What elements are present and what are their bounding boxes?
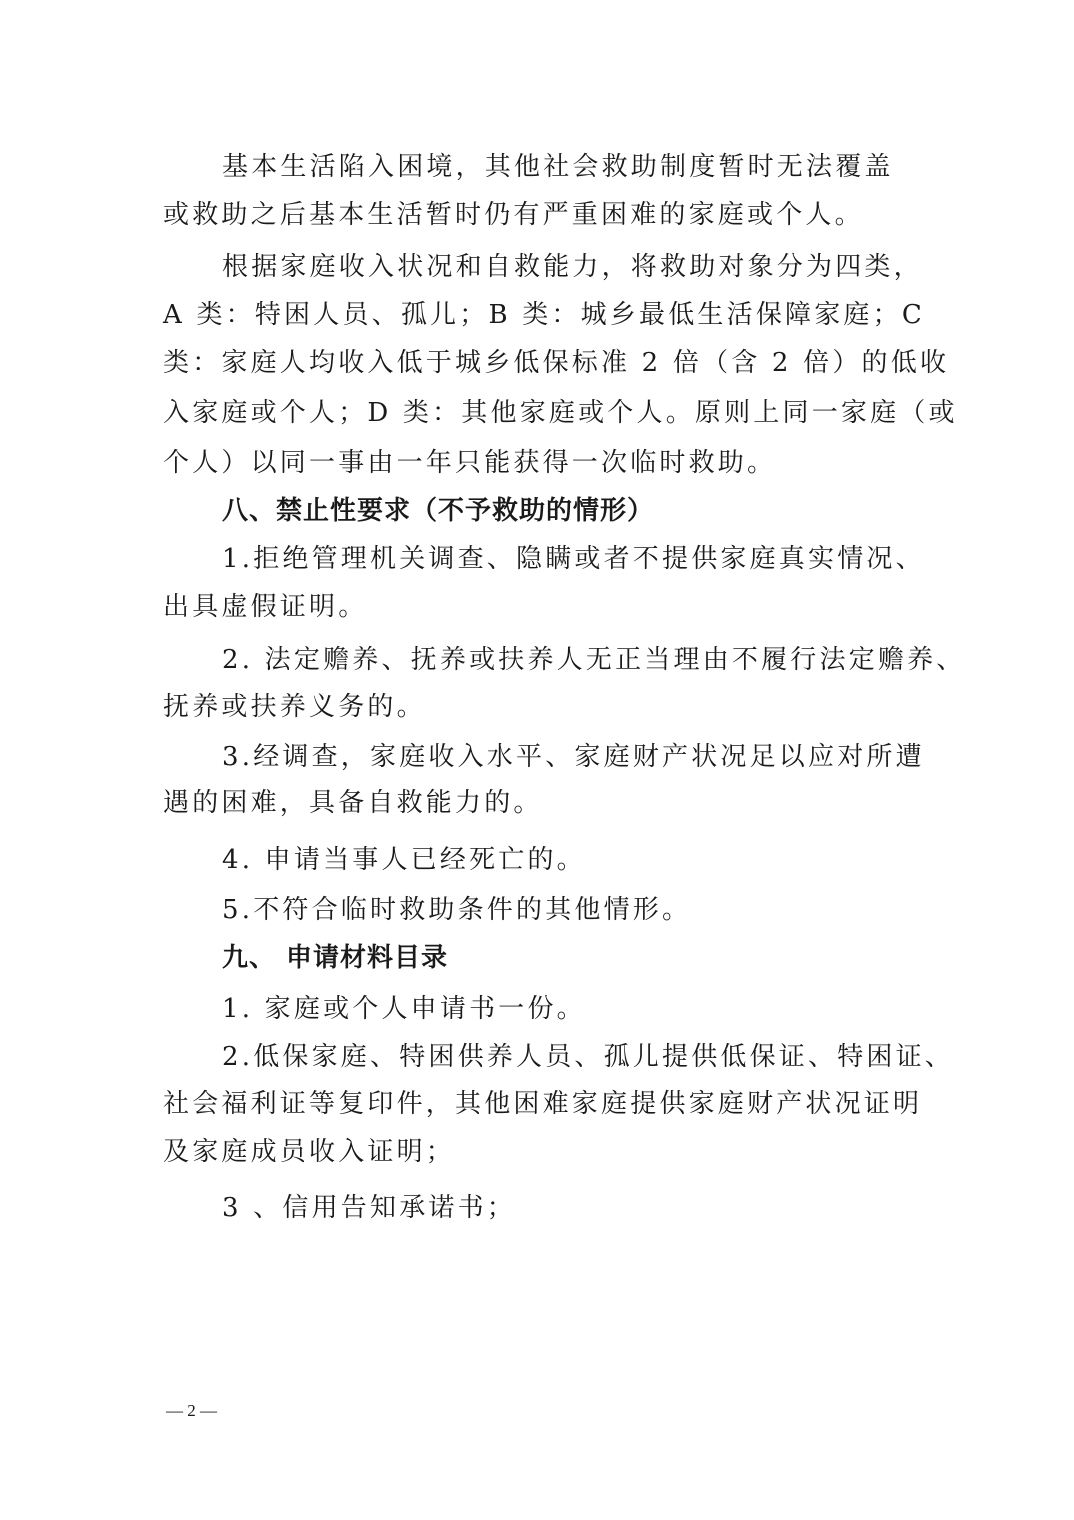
page-number: — 2 — bbox=[166, 1401, 217, 1421]
paragraph-line: 出具虚假证明。 bbox=[163, 590, 913, 624]
section-heading: 九、 申请材料目录 bbox=[222, 941, 972, 975]
paragraph-line: 遇的困难，具备自救能力的。 bbox=[163, 786, 913, 820]
paragraph-line: A 类：特困人员、孤儿；B 类：城乡最低生活保障家庭；C bbox=[163, 298, 913, 332]
paragraph-line: 或救助之后基本生活暂时仍有严重困难的家庭或个人。 bbox=[163, 198, 913, 232]
paragraph-line: 2.低保家庭、特困供养人员、孤儿提供低保证、特困证、 bbox=[222, 1040, 972, 1074]
paragraph-line: 根据家庭收入状况和自救能力，将救助对象分为四类， bbox=[222, 250, 972, 284]
paragraph-line: 3.经调查，家庭收入水平、家庭财产状况足以应对所遭 bbox=[222, 740, 972, 774]
paragraph-line: 3 、信用告知承诺书； bbox=[222, 1191, 972, 1225]
paragraph-line: 5.不符合临时救助条件的其他情形。 bbox=[222, 893, 972, 927]
paragraph-line: 个人）以同一事由一年只能获得一次临时救助。 bbox=[163, 446, 913, 480]
paragraph-line: 抚养或扶养义务的。 bbox=[163, 690, 913, 724]
paragraph-line: 1.拒绝管理机关调查、隐瞒或者不提供家庭真实情况、 bbox=[222, 542, 972, 576]
paragraph-line: 2. 法定赡养、抚养或扶养人无正当理由不履行法定赡养、 bbox=[222, 643, 972, 677]
paragraph-line: 社会福利证等复印件，其他困难家庭提供家庭财产状况证明 bbox=[163, 1087, 913, 1121]
section-heading: 八、禁止性要求（不予救助的情形） bbox=[222, 494, 972, 528]
paragraph-line: 1. 家庭或个人申请书一份。 bbox=[222, 992, 972, 1026]
paragraph-line: 基本生活陷入困境，其他社会救助制度暂时无法覆盖 bbox=[222, 150, 972, 184]
paragraph-line: 4. 申请当事人已经死亡的。 bbox=[222, 843, 972, 877]
paragraph-line: 入家庭或个人；D 类：其他家庭或个人。原则上同一家庭（或 bbox=[163, 396, 913, 430]
paragraph-line: 类：家庭人均收入低于城乡低保标准 2 倍（含 2 倍）的低收 bbox=[163, 346, 913, 380]
paragraph-line: 及家庭成员收入证明； bbox=[163, 1135, 913, 1169]
